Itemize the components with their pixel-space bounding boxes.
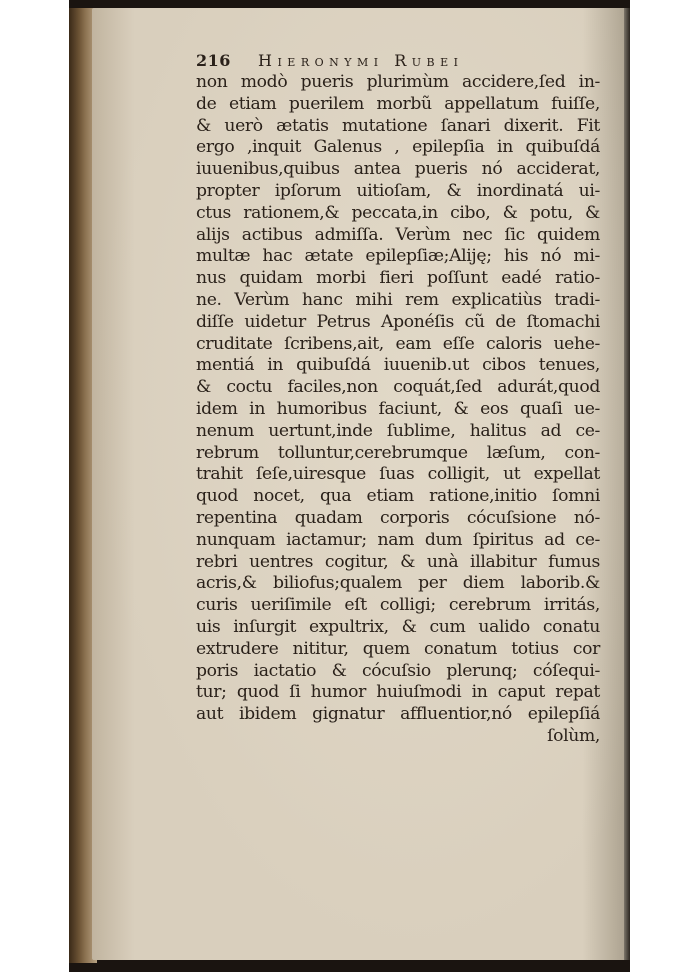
text-line: & uerò ætatis mutatione ſanari dixerit. … xyxy=(196,116,600,138)
text-line: trahit ſeſe,uiresque ſuas colligit, ut e… xyxy=(196,464,600,486)
text-line: ne. Verùm hanc mihi rem explicatiùs trad… xyxy=(196,290,600,312)
text-line: nenum uertunt,inde ſublime, halitus ad c… xyxy=(196,421,600,443)
text-line: tur; quod ſi humor huiuſmodi in caput re… xyxy=(196,682,600,704)
text-line: rebrum tolluntur,cerebrumque læſum, con- xyxy=(196,443,600,465)
text-line: ctus rationem,& peccata,in cibo, & potu,… xyxy=(196,203,600,225)
running-head-title: Hieronymi Rubei xyxy=(258,50,464,72)
text-line: rebri uentres cogitur, & unà illabitur f… xyxy=(196,552,600,574)
catchword: ſolùm, xyxy=(196,726,600,748)
text-line: nus quidam morbi fieri poſſunt eadé rati… xyxy=(196,268,600,290)
text-line: quod nocet, qua etiam ratione,initio ſom… xyxy=(196,486,600,508)
page-text-block: 216 Hieronymi Rubei non modò pueris plur… xyxy=(196,50,600,748)
text-line: curis ueriſimile eſt colligi; cerebrum i… xyxy=(196,595,600,617)
text-line: repentina quadam corporis cócuſsione nó- xyxy=(196,508,600,530)
text-line: idem in humoribus faciunt, & eos quaſi u… xyxy=(196,399,600,421)
text-line: propter ipſorum uitioſam, & inordinatá u… xyxy=(196,181,600,203)
text-line: acris,& biliofus;qualem per diem laborib… xyxy=(196,573,600,595)
text-line: iuuenibus,quibus antea pueris nó accider… xyxy=(196,159,600,181)
text-line: cruditate ſcribens,ait, eam eſſe caloris… xyxy=(196,334,600,356)
text-line: non modò pueris plurimùm accidere,ſed in… xyxy=(196,72,600,94)
body-text: non modò pueris plurimùm accidere,ſed in… xyxy=(196,72,600,748)
text-line: aut ibidem gignatur affluentior,nó epile… xyxy=(196,704,600,726)
text-line: diſſe uidetur Petrus Aponéſis cũ de ſtom… xyxy=(196,312,600,334)
text-line: mentiá in quibuſdá iuuenib.ut cibos tenu… xyxy=(196,355,600,377)
text-line: multæ hac ætate epilepſiæ;Aliję; his nó … xyxy=(196,246,600,268)
page-number: 216 xyxy=(196,50,258,72)
text-line: uis inſurgit expultrix, & cum ualido con… xyxy=(196,617,600,639)
page-edge-shadow xyxy=(624,8,630,960)
running-head: 216 Hieronymi Rubei xyxy=(196,50,600,72)
text-line: de etiam puerilem morbũ appellatum fuiſſ… xyxy=(196,94,600,116)
text-line: nunquam iactamur; nam dum ſpiritus ad ce… xyxy=(196,530,600,552)
text-line: & coctu faciles,non coquát,ſed adurát,qu… xyxy=(196,377,600,399)
text-line: alijs actibus admiſſa. Verùm nec ſic qui… xyxy=(196,225,600,247)
text-line: ergo ,inquit Galenus , epilepſia in quib… xyxy=(196,137,600,159)
text-line: poris iactatio & cócuſsio plerunq; cóſeq… xyxy=(196,661,600,683)
text-line: extrudere nititur, quem conatum totius c… xyxy=(196,639,600,661)
